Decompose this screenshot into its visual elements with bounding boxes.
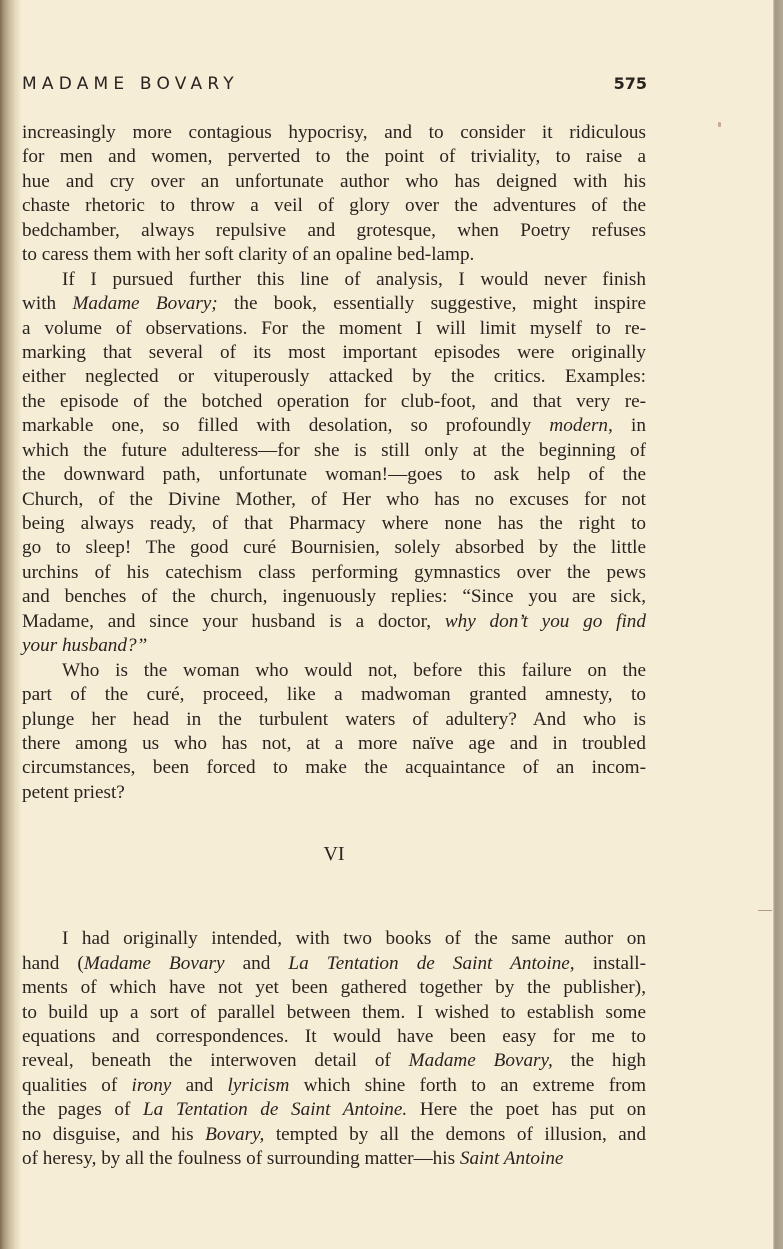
text-run: chaste rhetoric to throw a veil of glory… — [22, 195, 646, 216]
text-line: If I pursued further this line of analys… — [22, 268, 646, 292]
text-line: qualities of irony and lyricism which sh… — [22, 1074, 646, 1098]
text-run: Church, of the Divine Mother, of Her who… — [22, 489, 646, 510]
text-run: petent priest? — [22, 782, 125, 803]
text-run: which the future adulteress—for she is s… — [22, 440, 646, 461]
text-line: no disguise, and his Bovary, tempted by … — [22, 1123, 646, 1147]
italic-text: your husband?” — [22, 635, 147, 656]
text-run: the downward path, unfortunate woman!—go… — [22, 464, 646, 485]
text-run: bedchamber, always repulsive and grotesq… — [22, 220, 646, 241]
text-line: being always ready, of that Pharmacy whe… — [22, 512, 646, 536]
text-run: and — [224, 953, 288, 974]
text-run: circumstances, been forced to make the a… — [22, 757, 646, 778]
text-line: markable one, so filled with desolation,… — [22, 414, 646, 438]
italic-text: Bovary, — [205, 1124, 264, 1145]
paragraph: I had originally intended, with two book… — [22, 927, 646, 1171]
text-line: your husband?” — [22, 634, 646, 658]
text-run: If I pursued further this line of analys… — [62, 269, 646, 290]
text-line: the downward path, unfortunate woman!—go… — [22, 463, 646, 487]
italic-text: Saint Antoine — [460, 1148, 564, 1169]
text-line: plunge her head in the turbulent waters … — [22, 708, 646, 732]
text-run: hue and cry over an unfortunate author w… — [22, 171, 646, 192]
page-right-edge — [773, 0, 783, 1249]
text-line: which the future adulteress—for she is s… — [22, 439, 646, 463]
text-run: install- — [575, 953, 646, 974]
text-run: tempted by all the demons of illusion, a… — [264, 1124, 646, 1145]
text-line: ments of which have not yet been gathere… — [22, 976, 646, 1000]
text-run: the pages of — [22, 1099, 143, 1120]
section-paragraphs: I had originally intended, with two book… — [22, 927, 646, 1171]
text-run: a volume of observations. For the moment… — [22, 318, 646, 339]
running-head-title: MADAME BOVARY — [22, 74, 239, 94]
text-line: Church, of the Divine Mother, of Her who… — [22, 488, 646, 512]
text-line: chaste rhetoric to throw a veil of glory… — [22, 194, 646, 218]
text-run: increasingly more contagious hypocrisy, … — [22, 122, 646, 143]
text-run: to caress them with her soft clarity of … — [22, 244, 474, 265]
pre-section-paragraphs: increasingly more contagious hypocrisy, … — [22, 121, 646, 805]
paragraph: Who is the woman who would not, before t… — [22, 659, 646, 806]
text-line: go to sleep! The good curé Bournisien, s… — [22, 536, 646, 560]
text-line: I had originally intended, with two book… — [22, 927, 646, 951]
italic-text: why don’t you go find — [445, 611, 646, 632]
text-line: there among us who has not, at a more na… — [22, 732, 646, 756]
text-line: equations and correspondences. It would … — [22, 1025, 646, 1049]
italic-text: lyricism — [228, 1075, 290, 1096]
text-run: part of the curé, proceed, like a madwom… — [22, 684, 646, 705]
text-run: qualities of — [22, 1075, 132, 1096]
paragraph: increasingly more contagious hypocrisy, … — [22, 121, 646, 268]
text-line: bedchamber, always repulsive and grotesq… — [22, 219, 646, 243]
paper-speck — [718, 122, 721, 127]
text-line: to build up a sort of parallel between t… — [22, 1001, 646, 1025]
text-line: for men and women, perverted to the poin… — [22, 145, 646, 169]
text-run: either neglected or vituperously attacke… — [22, 366, 646, 387]
text-line: to caress them with her soft clarity of … — [22, 243, 646, 267]
text-run: in — [613, 415, 646, 436]
text-line: and benches of the church, ingenuously r… — [22, 585, 646, 609]
italic-text: Madame Bovary, — [409, 1050, 553, 1071]
text-run: and benches of the church, ingenuously r… — [22, 586, 646, 607]
text-line: urchins of his catechism class performin… — [22, 561, 646, 585]
text-run: the episode of the botched operation for… — [22, 391, 646, 412]
italic-text: Madame Bovary; — [72, 293, 217, 314]
section-heading: VI — [22, 805, 646, 927]
text-run: hand ( — [22, 953, 84, 974]
text-run: I had originally intended, with two book… — [62, 928, 646, 949]
text-run: urchins of his catechism class performin… — [22, 562, 646, 583]
text-run: for men and women, perverted to the poin… — [22, 146, 646, 167]
text-line: a volume of observations. For the moment… — [22, 317, 646, 341]
italic-text: modern, — [549, 415, 612, 436]
text-run: Here the poet has put on — [407, 1099, 646, 1120]
text-run: and — [171, 1075, 227, 1096]
text-line: hue and cry over an unfortunate author w… — [22, 170, 646, 194]
text-run: being always ready, of that Pharmacy whe… — [22, 513, 646, 534]
text-line: the episode of the botched operation for… — [22, 390, 646, 414]
text-run: of heresy, by all the foulness of surrou… — [22, 1148, 460, 1169]
paper-mark — [758, 910, 772, 911]
text-run: plunge her head in the turbulent waters … — [22, 709, 646, 730]
text-run: equations and correspondences. It would … — [22, 1026, 646, 1047]
text-line: increasingly more contagious hypocrisy, … — [22, 121, 646, 145]
italic-text: irony — [132, 1075, 172, 1096]
text-line: of heresy, by all the foulness of surrou… — [22, 1147, 646, 1171]
text-run: Who is the woman who would not, before t… — [62, 660, 646, 681]
text-run: with — [22, 293, 72, 314]
text-line: petent priest? — [22, 781, 646, 805]
text-line: with Madame Bovary; the book, essentiall… — [22, 292, 646, 316]
italic-text: La Tentation de Saint Antoine. — [143, 1099, 407, 1120]
text-run: markable one, so filled with desolation,… — [22, 415, 549, 436]
italic-text: Madame Bovary — [84, 953, 225, 974]
text-run: Madame, and since your husband is a doct… — [22, 611, 445, 632]
text-line: Madame, and since your husband is a doct… — [22, 610, 646, 634]
page-gutter-shadow — [0, 0, 22, 1249]
text-run: ments of which have not yet been gathere… — [22, 977, 646, 998]
body-text: increasingly more contagious hypocrisy, … — [22, 121, 646, 1172]
text-line: hand (Madame Bovary and La Tentation de … — [22, 952, 646, 976]
text-line: marking that several of its most importa… — [22, 341, 646, 365]
text-line: circumstances, been forced to make the a… — [22, 756, 646, 780]
paragraph: If I pursued further this line of analys… — [22, 268, 646, 659]
text-line: part of the curé, proceed, like a madwom… — [22, 683, 646, 707]
text-run: go to sleep! The good curé Bournisien, s… — [22, 537, 646, 558]
italic-text: La Tentation de Saint Antoine, — [288, 953, 574, 974]
text-line: reveal, beneath the interwoven detail of… — [22, 1049, 646, 1073]
text-run: to build up a sort of parallel between t… — [22, 1002, 646, 1023]
text-run: no disguise, and his — [22, 1124, 205, 1145]
text-run: the book, essentially suggestive, might … — [218, 293, 646, 314]
text-run: marking that several of its most importa… — [22, 342, 646, 363]
page-number: 575 — [614, 74, 647, 93]
text-line: Who is the woman who would not, before t… — [22, 659, 646, 683]
running-head: MADAME BOVARY 575 — [22, 74, 647, 102]
text-line: the pages of La Tentation de Saint Antoi… — [22, 1098, 646, 1122]
text-line: either neglected or vituperously attacke… — [22, 365, 646, 389]
text-run: the high — [553, 1050, 646, 1071]
text-run: which shine forth to an extreme from — [289, 1075, 646, 1096]
text-run: reveal, beneath the interwoven detail of — [22, 1050, 409, 1071]
text-run: there among us who has not, at a more na… — [22, 733, 646, 754]
